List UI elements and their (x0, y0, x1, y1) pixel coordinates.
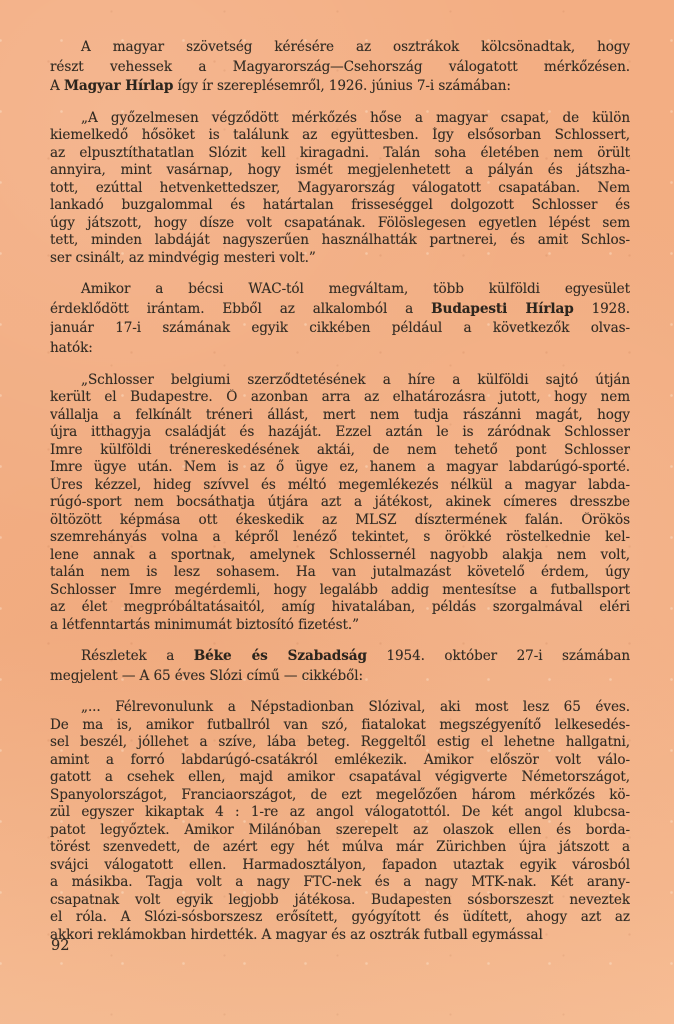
text-line-content: akkori reklámokban hirdették. A magyar é… (50, 927, 543, 943)
page: A magyar szövetség kérésére az osztrákok… (0, 0, 674, 1024)
text-line: öltözött képmása ott ékeskedik az MLSZ d… (50, 512, 630, 530)
text-line-content: amint a forró labdarúgó-csatákról emléke… (50, 752, 630, 768)
text-line: került el Budapestre. Ő azonban arra az … (50, 389, 630, 407)
text-line-content: öltözött képmása ott ékeskedik az MLSZ d… (50, 512, 630, 528)
text-line-content: patot legyőztek. Amikor Milánóban szerep… (50, 822, 630, 838)
text-line-content: A Magyar Hírlap így ír szereplésemről, 1… (50, 78, 511, 94)
text-line: megjelent — A 65 éves Slózi című — cikké… (50, 667, 630, 687)
text-line-content: részt vehessek a Magyarország—Csehország… (50, 59, 630, 75)
text-line-content: Schlosser Imre megérdemli, hogy legalább… (50, 582, 630, 598)
text-line-content: hatók: (50, 340, 93, 356)
text-line: sel beszél, jóllehet a szíve, lába beteg… (50, 734, 630, 752)
text-line-content: annyira, mint vasárnap, hogy ismét megje… (50, 162, 630, 178)
text-line: a létfenntartás minimumát biztosító fize… (50, 617, 630, 635)
text-line-content: lene annak a sportnak, amelynek Schlosse… (50, 547, 630, 563)
text-line-content: Imre külföldi trénereskedésének aktái, d… (50, 442, 630, 458)
text-line-content: tett, minden labdáját nagyszerűen haszná… (50, 232, 630, 248)
text-line: rúgó-sport nem bocsáthatja útjára azt a … (50, 494, 630, 512)
text-line-content: zül egyszer kikaptak 4 : 1-re az angol v… (50, 804, 630, 820)
text-line-content: vállalja a felkínált tréneri állást, mer… (50, 407, 630, 423)
text-line: hatók: (50, 339, 630, 359)
text-line: Amikor a bécsi WAC-tól megváltam, több k… (50, 280, 630, 300)
beke-es-szabadsag-quote: „... Félrevonulunk a Népstadionban Slózi… (50, 699, 630, 944)
text-line-content: Spanyolországot, Franciaországot, de ezt… (50, 787, 630, 803)
text-line: úgy játszott, hogy dísze volt csapatának… (50, 215, 630, 233)
text-line: január 17-i számának egyik cikkében péld… (50, 319, 630, 339)
text-line-content: az elpusztíthatatlan Slózit kell kiragad… (50, 145, 630, 161)
text-line-content: el róla. A Slózi-sósborszesz erősített, … (50, 909, 630, 925)
text-line: tott, ezúttal hetvenkettedszer, Magyaror… (50, 180, 630, 198)
text-line-content: svájci válogatott ellen. Harmadosztályon… (50, 857, 630, 873)
text-line: újra itthagyja családját és hazáját. Ezz… (50, 424, 630, 442)
text-line: patot legyőztek. Amikor Milánóban szerep… (50, 822, 630, 840)
text-line-content: lankadó buzgalommal és határtalan frisse… (50, 197, 630, 213)
text-line-content: az élet megpróbáltatásaitól, amíg hivata… (50, 599, 630, 615)
text-line-content: a létfenntartás minimumát biztosító fize… (50, 617, 359, 633)
text-line: ser csinált, az mindvégig mesteri volt.” (50, 250, 630, 268)
text-line: „Schlosser belgiumi szerződtetésének a h… (50, 372, 630, 390)
text-line-content: rúgó-sport nem bocsáthatja útjára azt a … (50, 494, 630, 510)
budapesti-hirlap-quote: „Schlosser belgiumi szerződtetésének a h… (50, 372, 630, 635)
text-line: Imre külföldi trénereskedésének aktái, d… (50, 442, 630, 460)
text-line: amint a forró labdarúgó-csatákról emléke… (50, 752, 630, 770)
text-line-content: kiemelkedő hősöket is találunk az együtt… (50, 127, 630, 143)
text-line: az elpusztíthatatlan Slózit kell kiragad… (50, 145, 630, 163)
text-line-content: sel beszél, jóllehet a szíve, lába beteg… (50, 734, 630, 750)
text-line: csapatnak volt egyik legjobb játékosa. B… (50, 892, 630, 910)
wac-paragraph: Amikor a bécsi WAC-tól megváltam, több k… (50, 280, 630, 358)
text-line: részt vehessek a Magyarország—Csehország… (50, 58, 630, 78)
text-line: a másikba. Tagja volt a nagy FTC-nek és … (50, 874, 630, 892)
text-line: De ma is, amikor futballról van szó, fia… (50, 717, 630, 735)
text-line-content: De ma is, amikor futballról van szó, fia… (50, 717, 630, 733)
text-line: Schlosser Imre megérdemli, hogy legalább… (50, 582, 630, 600)
intro-paragraph: A magyar szövetség kérésére az osztrákok… (50, 38, 630, 97)
text-line-content: újra itthagyja családját és hazáját. Ezz… (50, 424, 630, 440)
text-line: lankadó buzgalommal és határtalan frisse… (50, 197, 630, 215)
text-line: akkori reklámokban hirdették. A magyar é… (50, 927, 630, 945)
text-line: el róla. A Slózi-sósborszesz erősített, … (50, 909, 630, 927)
reszletek-paragraph: Részletek a Béke és Szabadság 1954. októ… (50, 647, 630, 686)
text-line: gatott a csehek ellen, majd amikor csapa… (50, 769, 630, 787)
text-line: kiemelkedő hősöket is találunk az együtt… (50, 127, 630, 145)
text-line: lene annak a sportnak, amelynek Schlosse… (50, 547, 630, 565)
text-line-content: Üres kézzel, hideg szívvel és méltó mege… (50, 477, 630, 493)
text-line-content: úgy játszott, hogy dísze volt csapatának… (50, 215, 630, 231)
text-line-content: Imre ügye után. Nem is az ő ügye ez, han… (50, 459, 630, 475)
text-line: zül egyszer kikaptak 4 : 1-re az angol v… (50, 804, 630, 822)
text-line-content: megjelent — A 65 éves Slózi című — cikké… (50, 668, 363, 684)
text-line: Részletek a Béke és Szabadság 1954. októ… (50, 647, 630, 667)
text-line-content: érdeklődött irántam. Ebből az alkalomból… (50, 301, 630, 317)
text-line: törést szenvedett, de azért egy hét múlv… (50, 839, 630, 857)
text-line: A Magyar Hírlap így ír szereplésemről, 1… (50, 77, 630, 97)
text-line-content: gatott a csehek ellen, majd amikor csapa… (50, 769, 630, 785)
text-line: „A győzelmesen végződött mérkőzés hőse a… (50, 110, 630, 128)
text-line: A magyar szövetség kérésére az osztrákok… (50, 38, 630, 58)
text-line: „... Félrevonulunk a Népstadionban Slózi… (50, 699, 630, 717)
text-line-content: került el Budapestre. Ő azonban arra az … (50, 389, 630, 405)
text-line-content: tott, ezúttal hetvenkettedszer, Magyaror… (50, 180, 630, 196)
text-line-content: „... Félrevonulunk a Népstadionban Slózi… (81, 699, 630, 715)
text-line-content: „A győzelmesen végződött mérkőzés hőse a… (81, 110, 630, 126)
text-line-content: talán nem is lesz sohasem. Ha van jutalm… (50, 564, 630, 580)
text-line: Spanyolországot, Franciaországot, de ezt… (50, 787, 630, 805)
text-line-content: Részletek a Béke és Szabadság 1954. októ… (81, 648, 630, 664)
text-line: az élet megpróbáltatásaitól, amíg hivata… (50, 599, 630, 617)
text-line: Imre ügye után. Nem is az ő ügye ez, han… (50, 459, 630, 477)
text-line: tett, minden labdáját nagyszerűen haszná… (50, 232, 630, 250)
text-line-content: A magyar szövetség kérésére az osztrákok… (81, 39, 630, 55)
text-line: talán nem is lesz sohasem. Ha van jutalm… (50, 564, 630, 582)
text-line-content: „Schlosser belgiumi szerződtetésének a h… (81, 372, 630, 388)
text-line-content: ser csinált, az mindvégig mesteri volt.” (50, 250, 316, 266)
text-line: Üres kézzel, hideg szívvel és méltó mege… (50, 477, 630, 495)
text-line: svájci válogatott ellen. Harmadosztályon… (50, 857, 630, 875)
text-line-content: Amikor a bécsi WAC-tól megváltam, több k… (81, 281, 630, 297)
text-line: vállalja a felkínált tréneri állást, mer… (50, 407, 630, 425)
book-page-scan: { "page": { "number": "92", "language": … (0, 0, 674, 1024)
text-line-content: szemrehányás volna a képről lenéző tekin… (50, 529, 630, 545)
text-line: annyira, mint vasárnap, hogy ismét megje… (50, 162, 630, 180)
text-line-content: törést szenvedett, de azért egy hét múlv… (50, 839, 630, 855)
page-number: 92 (51, 938, 69, 954)
text-line-content: csapatnak volt egyik legjobb játékosa. B… (50, 892, 630, 908)
page-text: A magyar szövetség kérésére az osztrákok… (50, 38, 630, 944)
text-line: érdeklődött irántam. Ebből az alkalomból… (50, 300, 630, 320)
text-line: szemrehányás volna a képről lenéző tekin… (50, 529, 630, 547)
text-line-content: a másikba. Tagja volt a nagy FTC-nek és … (50, 874, 630, 890)
magyar-hirlap-quote: „A győzelmesen végződött mérkőzés hőse a… (50, 110, 630, 268)
text-line-content: január 17-i számának egyik cikkében péld… (50, 320, 630, 336)
